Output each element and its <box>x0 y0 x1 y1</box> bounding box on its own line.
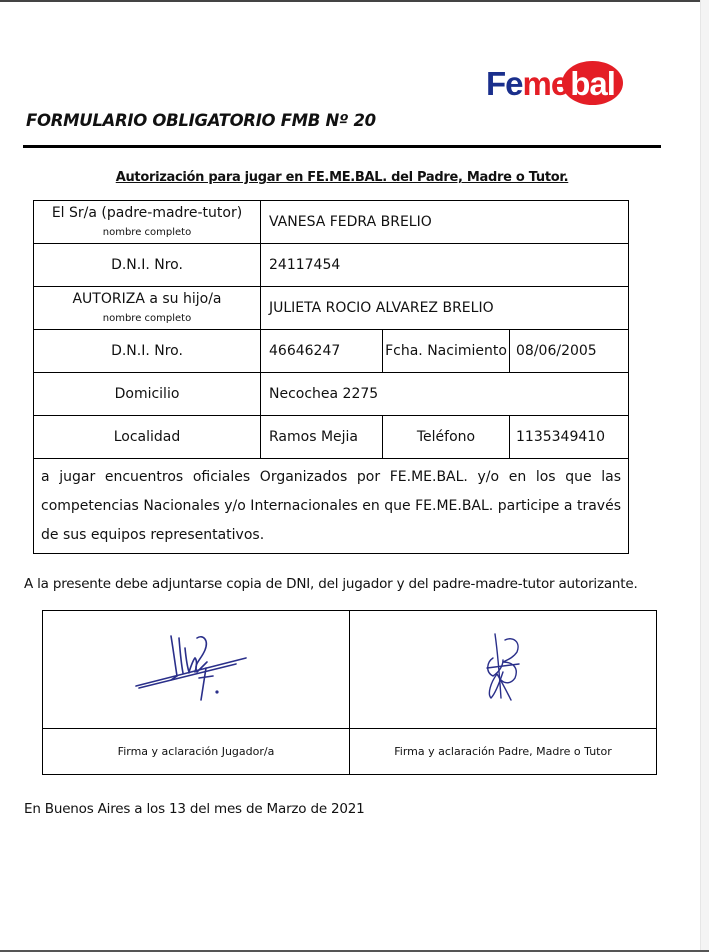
authorization-form-table: El Sr/a (padre-madre-tutor) nombre compl… <box>33 200 629 554</box>
address-field[interactable]: Necochea 2275 <box>261 373 629 416</box>
table-row: D.N.I. Nro. 46646247 Fcha. Nacimiento 08… <box>34 330 629 373</box>
form-subtitle-text: Autorización para jugar en FE.ME.BAL. de… <box>116 170 569 185</box>
table-row: AUTORIZA a su hijo/a nombre completo JUL… <box>34 287 629 330</box>
child-dni-field[interactable]: 46646247 <box>261 330 383 373</box>
closing-date-line: En Buenos Aires a los 13 del mes de Marz… <box>24 801 365 817</box>
city-label: Localidad <box>34 416 261 459</box>
table-row: Domicilio Necochea 2275 <box>34 373 629 416</box>
logo-part-bal: bal <box>570 65 615 102</box>
phone-label: Teléfono <box>383 416 510 459</box>
title-divider <box>23 145 661 148</box>
page-top-border <box>0 0 709 2</box>
guardian-name-field[interactable]: VANESA FEDRA BRELIO <box>261 201 629 244</box>
table-row: a jugar encuentros oficiales Organizados… <box>34 459 629 554</box>
birthdate-label: Fcha. Nacimiento <box>383 330 510 373</box>
phone-field[interactable]: 1135349410 <box>510 416 629 459</box>
table-row: D.N.I. Nro. 24117454 <box>34 244 629 287</box>
child-name-label-cell: AUTORIZA a su hijo/a nombre completo <box>34 287 261 330</box>
attachment-note: A la presente debe adjuntarse copia de D… <box>24 576 638 592</box>
guardian-signature-label: Firma y aclaración Padre, Madre o Tutor <box>350 729 657 775</box>
guardian-name-label: El Sr/a (padre-madre-tutor) <box>34 204 260 222</box>
form-title: FORMULARIO OBLIGATORIO FMB Nº 20 <box>26 111 376 130</box>
signatures-table: Firma y aclaración Jugador/a Firma y acl… <box>42 610 657 775</box>
child-name-field[interactable]: JULIETA ROCIO ALVAREZ BRELIO <box>261 287 629 330</box>
table-row <box>43 611 657 729</box>
player-signature-box[interactable] <box>43 611 350 729</box>
child-name-sublabel: nombre completo <box>34 312 260 326</box>
table-row: Firma y aclaración Jugador/a Firma y acl… <box>43 729 657 775</box>
logo-part-fe: Fe <box>486 65 523 102</box>
authorization-text: a jugar encuentros oficiales Organizados… <box>34 459 629 554</box>
child-name-label: AUTORIZA a su hijo/a <box>34 290 260 308</box>
guardian-name-sublabel: nombre completo <box>34 226 260 240</box>
page-right-edge <box>700 0 709 952</box>
child-dni-label: D.N.I. Nro. <box>34 330 261 373</box>
guardian-name-label-cell: El Sr/a (padre-madre-tutor) nombre compl… <box>34 201 261 244</box>
guardian-signature-box[interactable] <box>350 611 657 729</box>
guardian-dni-field[interactable]: 24117454 <box>261 244 629 287</box>
femebal-logo: Femebal <box>486 64 621 106</box>
logo-ball: bal <box>566 64 621 104</box>
form-subtitle: Autorización para jugar en FE.ME.BAL. de… <box>0 170 709 185</box>
guardian-dni-label: D.N.I. Nro. <box>34 244 261 287</box>
player-signature-label: Firma y aclaración Jugador/a <box>43 729 350 775</box>
city-field[interactable]: Ramos Mejia <box>261 416 383 459</box>
guardian-signature-icon <box>473 628 533 708</box>
player-signature-icon <box>131 628 261 708</box>
table-row: Localidad Ramos Mejia Teléfono 113534941… <box>34 416 629 459</box>
address-label: Domicilio <box>34 373 261 416</box>
birthdate-field[interactable]: 08/06/2005 <box>510 330 629 373</box>
table-row: El Sr/a (padre-madre-tutor) nombre compl… <box>34 201 629 244</box>
